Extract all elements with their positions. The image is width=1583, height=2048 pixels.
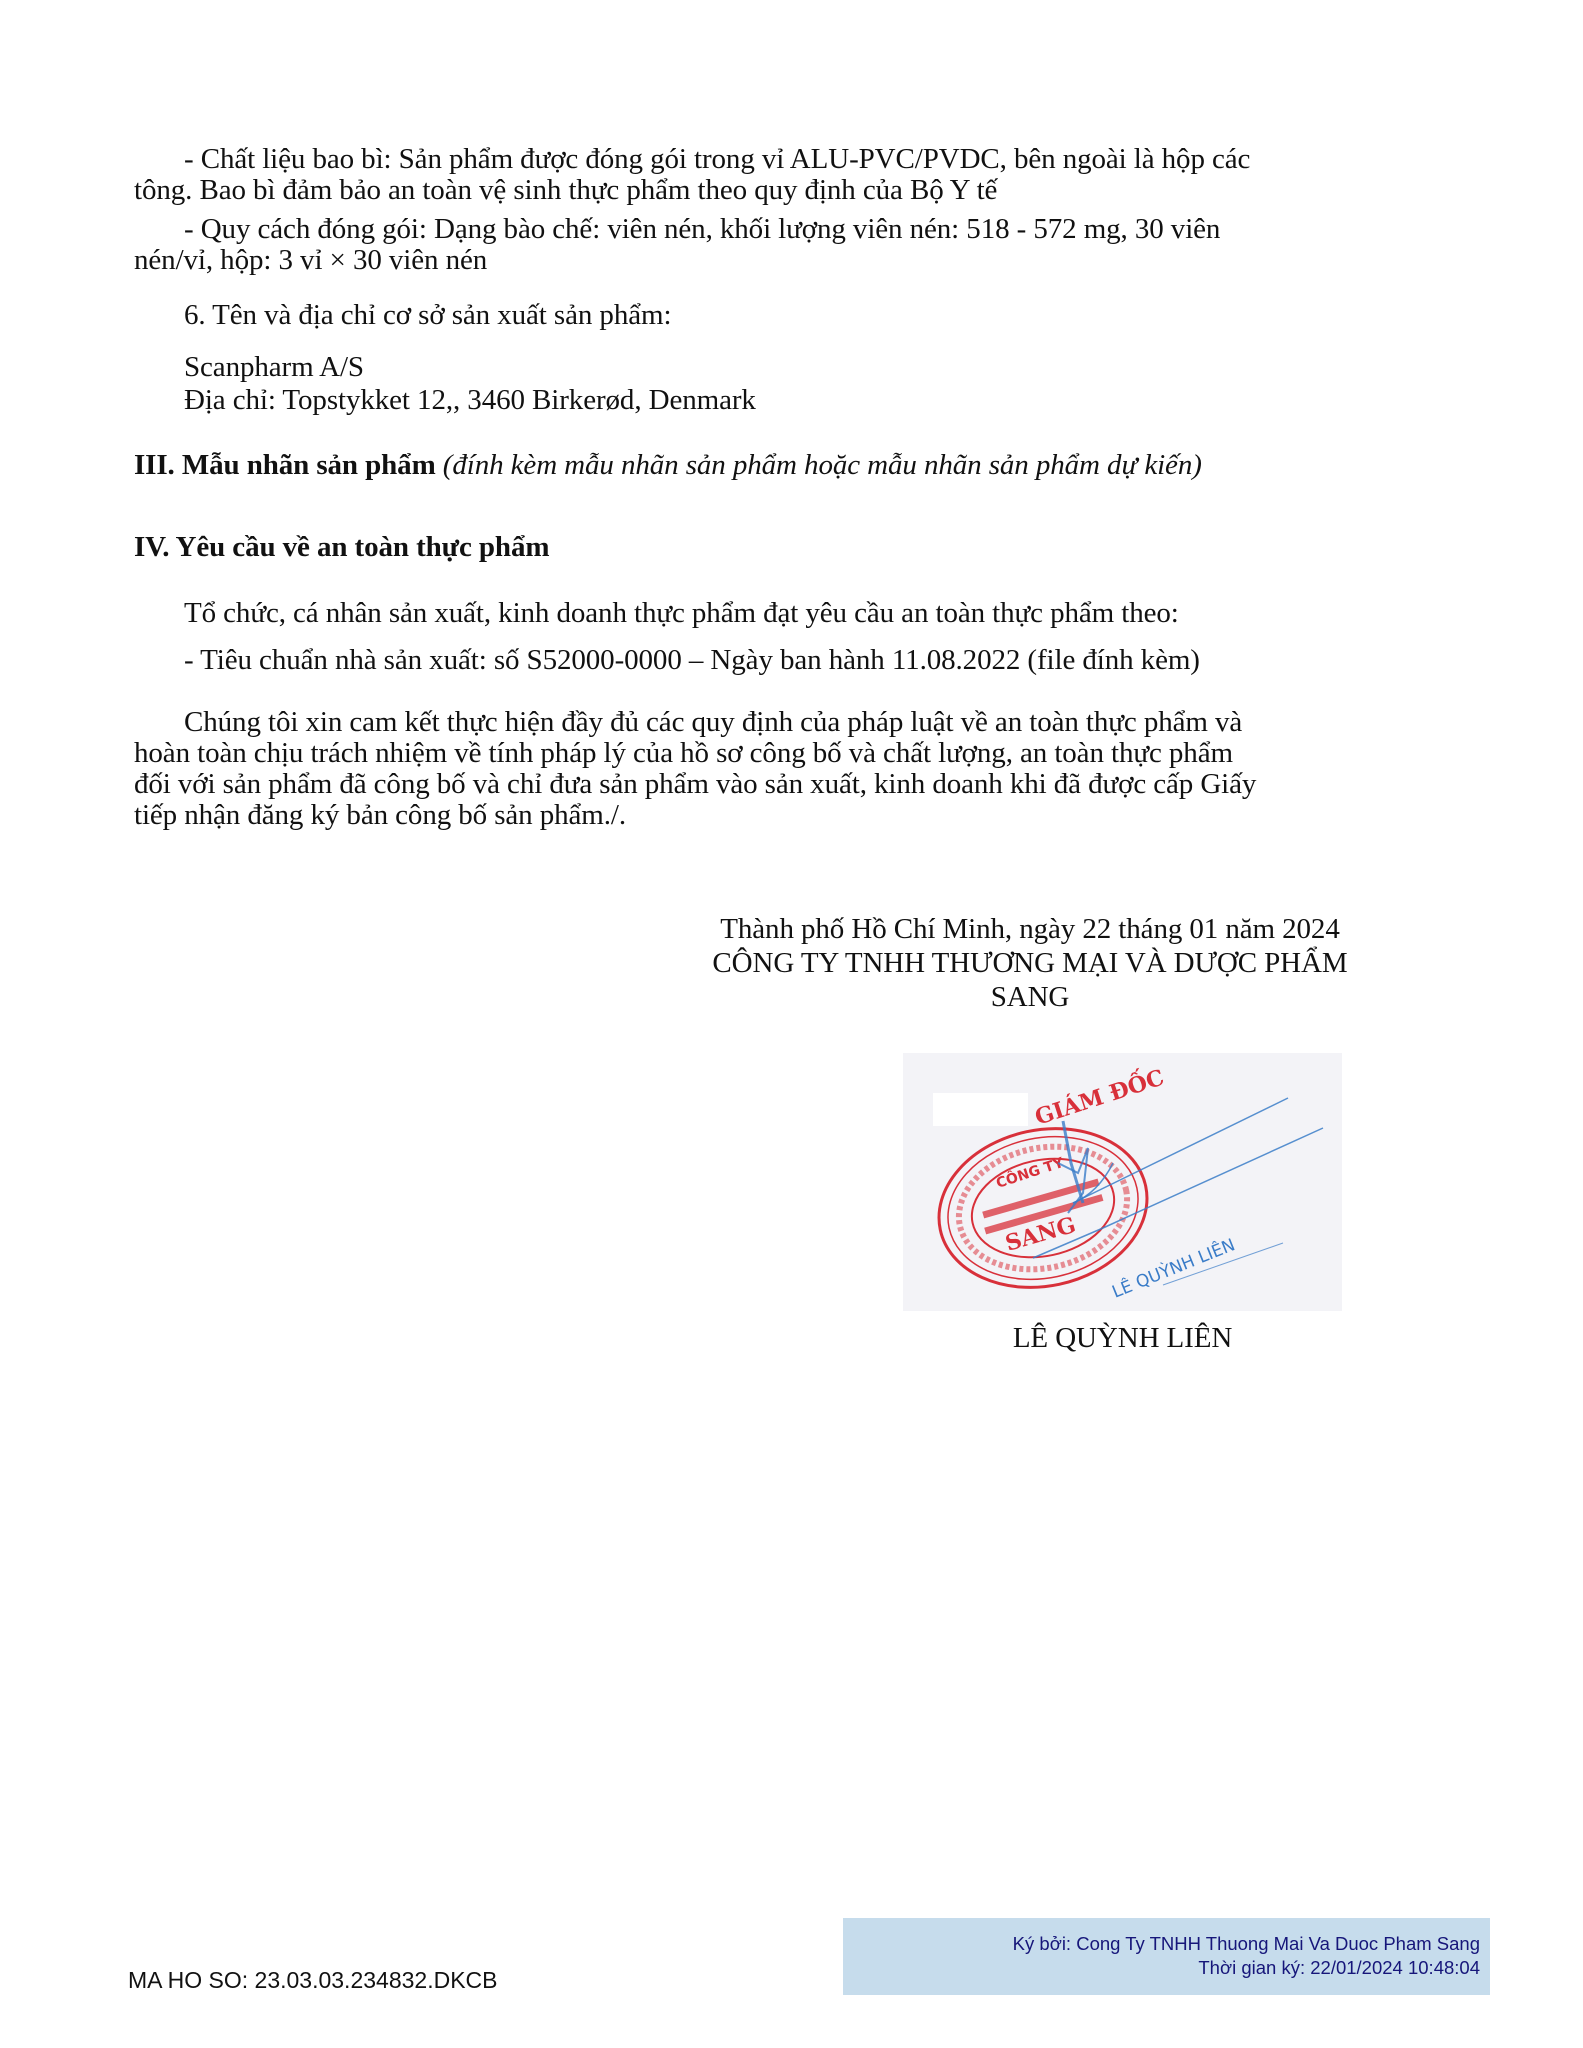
company-name-line1: CÔNG TY TNHH THƯƠNG MẠI VÀ DƯỢC PHẨM xyxy=(640,948,1420,979)
manufacturer-heading: 6. Tên và địa chỉ cơ sở sản xuất sản phẩ… xyxy=(184,300,671,331)
packaging-material-line2: tông. Bao bì đảm bảo an toàn vệ sinh thự… xyxy=(134,175,997,206)
manufacturer-name: Scanpharm A/S xyxy=(184,352,364,383)
section3-heading: III. Mẫu nhãn sản phẩm (đính kèm mẫu nhã… xyxy=(134,450,1202,481)
section4-standard: - Tiêu chuẩn nhà sản xuất: số S52000-000… xyxy=(184,645,1200,676)
commitment-line: tiếp nhận đăng ký bản công bố sản phẩm./… xyxy=(134,800,626,831)
digital-signature-box: Ký bởi: Cong Ty TNHH Thuong Mai Va Duoc … xyxy=(843,1918,1490,1995)
section3-note: (đính kèm mẫu nhãn sản phẩm hoặc mẫu nhã… xyxy=(443,449,1202,481)
document-page: - Chất liệu bao bì: Sản phẩm được đóng g… xyxy=(0,0,1583,2048)
stamp-seal-icon: GIÁM ĐỐC CÔNG TY SANG LÊ QUỲNH LIÊN xyxy=(903,1053,1342,1311)
dossier-code: MA HO SO: 23.03.03.234832.DKCB xyxy=(128,1966,497,1994)
place-date: Thành phố Hồ Chí Minh, ngày 22 tháng 01 … xyxy=(640,914,1420,945)
signer-name: LÊ QUỲNH LIÊN xyxy=(903,1323,1342,1354)
packaging-material-line1: - Chất liệu bao bì: Sản phẩm được đóng g… xyxy=(184,144,1250,175)
commitment-line: hoàn toàn chịu trách nhiệm về tính pháp … xyxy=(134,738,1233,769)
commitment-line: Chúng tôi xin cam kết thực hiện đầy đủ c… xyxy=(184,707,1242,738)
section3-title: III. Mẫu nhãn sản phẩm xyxy=(134,449,436,481)
section4-title: IV. Yêu cầu về an toàn thực phẩm xyxy=(134,532,549,563)
manufacturer-address: Địa chỉ: Topstykket 12,, 3460 Birkerød, … xyxy=(184,385,756,416)
packaging-spec-line1: - Quy cách đóng gói: Dạng bào chế: viên … xyxy=(184,214,1220,245)
company-stamp-signature: GIÁM ĐỐC CÔNG TY SANG LÊ QUỲNH LIÊN xyxy=(903,1053,1342,1311)
signed-by: Ký bởi: Cong Ty TNHH Thuong Mai Va Duoc … xyxy=(1013,1932,1480,1956)
commitment-line: đối với sản phẩm đã công bố và chỉ đưa s… xyxy=(134,769,1256,800)
company-name-line2: SANG xyxy=(640,982,1420,1013)
packaging-spec-line2: nén/vỉ, hộp: 3 vỉ × 30 viên nén xyxy=(134,245,487,276)
signed-time: Thời gian ký: 22/01/2024 10:48:04 xyxy=(1013,1956,1480,1980)
section4-intro: Tổ chức, cá nhân sản xuất, kinh doanh th… xyxy=(184,598,1179,629)
svg-text:GIÁM ĐỐC: GIÁM ĐỐC xyxy=(1031,1061,1168,1131)
